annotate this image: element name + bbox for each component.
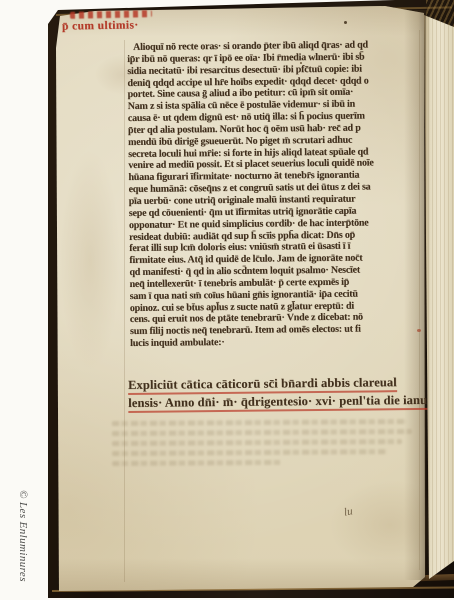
show-through-line — [112, 439, 402, 446]
red-underlined-text: Expliciūt cātica cāticorū sc̄i bn̄ar… — [128, 375, 397, 395]
gutter-page-edges — [424, 13, 454, 579]
copyright-credit: © Les Enluminures — [13, 480, 29, 592]
explicit-colophon: Expliciūt cātica cāticorū sc̄i bn̄ar… — [128, 375, 428, 414]
show-through-line — [112, 460, 282, 466]
manuscript-photo: p̄ cum ultimis· Alioquī nō recte oras·… — [0, 0, 454, 600]
ink-speck — [344, 21, 347, 24]
rubric-heading: p̄ cum ultimis· — [62, 19, 139, 32]
main-text-block: Alioquī nō recte oras· si orando p̄ter… — [127, 39, 425, 350]
show-through-line — [112, 419, 407, 426]
red-marginal-mark — [417, 329, 421, 332]
explicit-line: lensis· Anno dn̄i· m̄· q̄drigentesio· xv… — [128, 393, 428, 414]
show-through-line — [112, 449, 387, 456]
verso-show-through — [112, 419, 417, 471]
ink-speck — [300, 62, 302, 64]
marginal-pen-flourish: lu — [343, 505, 354, 518]
red-underlined-text: lensis· Anno dn̄i· m̄· q̄drigentesio· xv… — [128, 393, 427, 413]
show-through-line — [112, 429, 412, 436]
ruling-line-left — [124, 40, 125, 582]
